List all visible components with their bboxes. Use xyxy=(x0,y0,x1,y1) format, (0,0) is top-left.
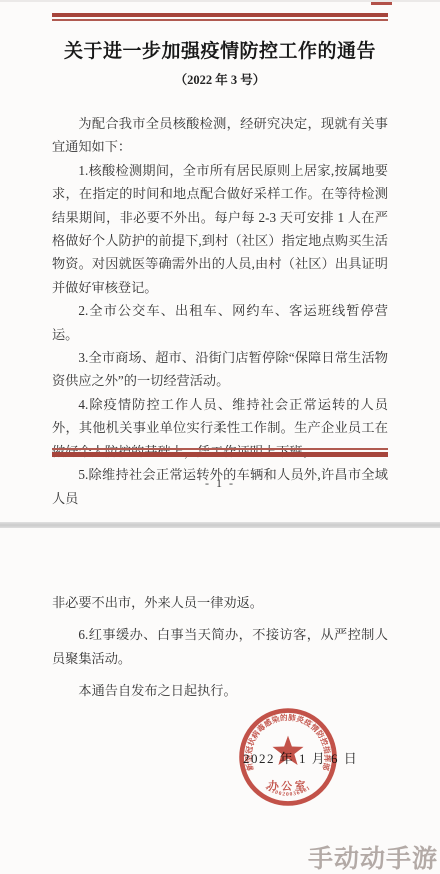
paragraph-intro: 为配合我市全员核酸检测，经研究决定，现就有关事宜通知如下： xyxy=(52,112,388,159)
page-2-body: 非必要不出市，外来人员一律劝返。 6.红事缓办、白事当天简办，不接访客，从严控制… xyxy=(52,591,388,703)
page-1-body: 为配合我市全员核酸检测，经研究决定，现就有关事宜通知如下： 1.核酸检测期间，全… xyxy=(52,112,388,510)
paragraph-closing: 本通告自发布之日起执行。 xyxy=(52,679,388,702)
footer-rule-thin xyxy=(52,448,388,450)
header-rule-thick xyxy=(52,13,388,17)
page-separator xyxy=(0,522,440,528)
paragraph-item-3: 3.全市商场、超市、沿街门店暂停除“保障日常生活物资供应之外”的一切经营活动。 xyxy=(52,346,388,393)
seal-star-icon xyxy=(272,736,303,765)
paragraph-item-5-continuation: 非必要不出市，外来人员一律劝返。 xyxy=(52,591,388,614)
site-watermark: 手动动手游 xyxy=(308,839,438,874)
paragraph-item-2: 2.全市公交车、出租车、网约车、客运班线暂停营运。 xyxy=(52,299,388,346)
page-number: - 1 - xyxy=(0,476,440,491)
document-scroll-view: 关于进一步加强疫情防控工作的通告 （2022 年 3 号） 为配合我市全员核酸检… xyxy=(0,0,440,874)
footer-rule-thick xyxy=(52,452,388,457)
paragraph-item-6: 6.红事缓办、白事当天简办，不接访客，从严控制人员聚集活动。 xyxy=(52,623,388,670)
notice-title: 关于进一步加强疫情防控工作的通告 xyxy=(0,36,440,63)
official-seal-icon: 新型冠状病毒感染的肺炎疫情防控指挥部 办公室 4110020036881 xyxy=(237,706,339,808)
paragraph-item-1: 1.核酸检测期间，全市所有居民原则上居家,按属地要求，在指定的时间和地点配合做好… xyxy=(52,159,388,299)
notice-doc-number: （2022 年 3 号） xyxy=(0,70,440,88)
previous-page-rule-fragment xyxy=(371,2,392,5)
header-rule-thin xyxy=(52,19,388,21)
